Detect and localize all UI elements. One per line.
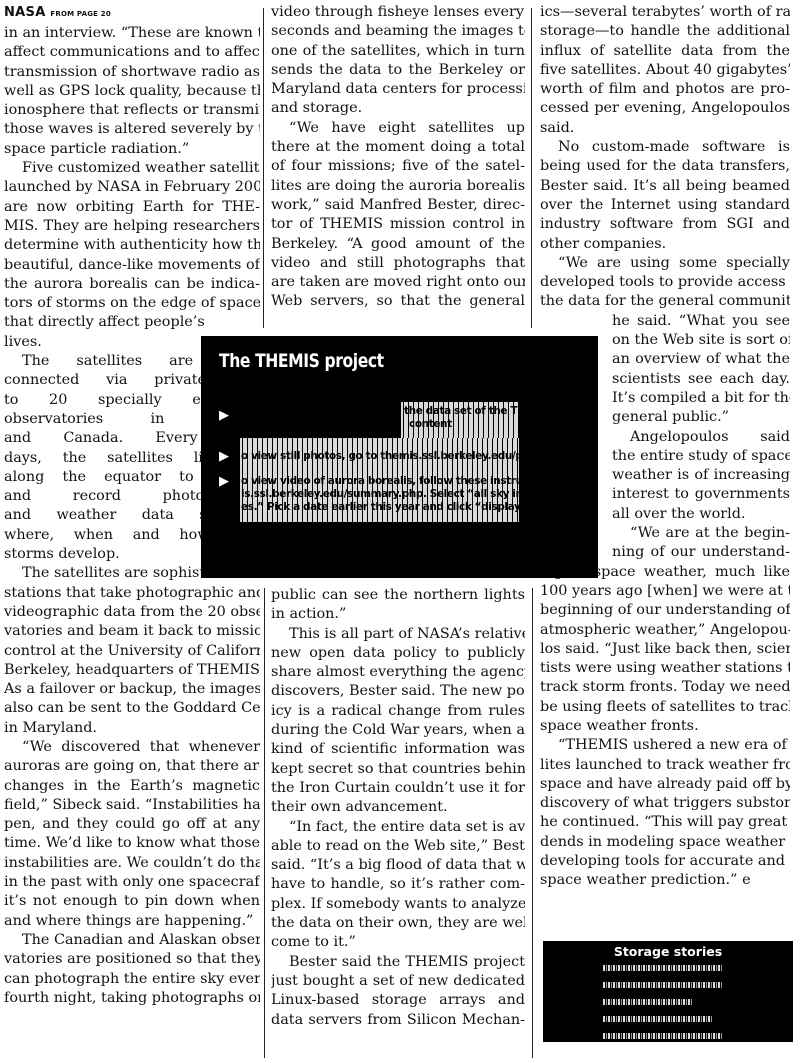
text-line: Bester said. It’s all being beamed (540, 177, 790, 196)
text-line: Web servers, so that the general (271, 292, 525, 311)
text-line: can photograph the entire sky every (4, 970, 260, 989)
storage-title: Storage stories (543, 944, 793, 959)
text-line: dends in modeling space weather and in (540, 833, 790, 852)
column-rule-1 (263, 8, 264, 328)
text-line: be using fleets of satellites to track (540, 698, 790, 717)
text-line: share almost everything the agency (271, 663, 525, 682)
text-line: fourth night, taking photographs or (4, 989, 260, 1008)
text-line: developing tools for accurate and timely (540, 852, 790, 871)
text-line: tists were using weather stations to (540, 659, 790, 678)
text-line: It’s compiled a bit for the (612, 389, 790, 408)
column-3-text-top: ics—several terabytes’ worth of rawstora… (540, 3, 790, 312)
text-line: industry software from SGI and (540, 215, 790, 234)
text-line: in action.” (271, 605, 525, 624)
text-line: all over the world. (612, 505, 790, 524)
text-line: space weather prediction.” е (540, 871, 790, 890)
sidebar-title: The THEMIS project (219, 350, 384, 372)
text-line: discovery of what triggers substorms,” (540, 794, 790, 813)
column-rule-2 (531, 8, 532, 328)
text-line: he continued. “This will pay great divi- (540, 813, 790, 832)
text-line: space weather fronts. (540, 717, 790, 736)
text-line: new open data policy to publicly (271, 644, 525, 663)
text-line: five satellites. About 40 gigabytes’ (540, 61, 790, 80)
text-line: 100 years ago [when] we were at the (540, 582, 790, 601)
halftone-row (603, 1033, 723, 1039)
text-line: well as GPS lock quality, because the (4, 82, 260, 101)
text-line: field,” Sibeck said. “Instabilities hap- (4, 796, 260, 815)
text-line: lites launched to track weather fronts i… (540, 756, 790, 775)
text-line: “We discovered that whenever (4, 738, 260, 757)
text-line: worth of film and photos are pro- (540, 80, 790, 99)
sidebar-item-1: the data set of the TH content (404, 405, 519, 431)
text-line: interest to governments (612, 485, 790, 504)
text-line: the entire study of space (612, 447, 790, 466)
text-line: scientists see each day. (612, 370, 790, 389)
column-2-text-top: video through fisheye lenses every 3seco… (271, 3, 525, 312)
text-line: This is all part of NASA’s relatively (271, 625, 525, 644)
text-line: he said. “What you see (612, 312, 790, 331)
sidebar-item-3: o view video of aurora borealis, follow … (241, 475, 519, 514)
text-line: said. “It’s a big flood of data that we (271, 856, 525, 875)
text-line: come to it.” (271, 933, 525, 952)
text-line: tors of storms on the edge of space (4, 294, 260, 313)
text-line: space and have already paid off by their (540, 775, 790, 794)
text-line: storage—to handle the additional (540, 22, 790, 41)
sidebar-item-1-line-1: the data set of the TH (404, 405, 519, 418)
text-line: general public.” (612, 408, 790, 427)
text-line: No custom-made software is (540, 138, 790, 157)
article-slug: NASA FROM PAGE 20 (4, 3, 260, 24)
text-line: MIS. They are helping researchers (4, 217, 260, 236)
text-line: “We are using some specially (540, 254, 790, 273)
text-line: ionosphere that reflects or transmits (4, 101, 260, 120)
text-line: there at the moment doing a total (271, 138, 525, 157)
sidebar-item-2: o view still photos, go to themis.ssl.be… (241, 450, 519, 463)
text-line: Maryland data centers for processing (271, 80, 525, 99)
text-line: los said. “Just like back then, scien- (540, 640, 790, 659)
text-line: able to read on the Web site,” Bester (271, 837, 525, 856)
halftone-row (603, 982, 723, 988)
text-line: in the past with only one spacecraft; (4, 873, 260, 892)
text-line: plex. If somebody wants to analyze (271, 895, 525, 914)
text-line: “We are at the begin- (612, 524, 790, 543)
text-line: sends the data to the Berkeley or (271, 61, 525, 80)
text-line: the Iron Curtain couldn’t use it for (271, 779, 525, 798)
text-line: As a failover or backup, the images (4, 680, 260, 699)
text-line: cessed per evening, Angelopoulos (540, 99, 790, 118)
text-line: the data for the general community,” (540, 292, 790, 311)
text-line: video and still photographs that (271, 254, 525, 273)
text-line: ning of our understand- (612, 543, 790, 562)
text-line: the aurora borealis can be indica- (4, 275, 260, 294)
storage-halftone-rows (563, 965, 783, 1050)
text-line: track storm fronts. Today we need to (540, 678, 790, 697)
sidebar-item-3-line-3: es.” Pick a date earlier this year and c… (241, 501, 519, 514)
sidebar-item-2-line-1: o view still photos, go to themis.ssl.be… (241, 450, 519, 463)
text-line: vatories and beam it back to mission (4, 622, 260, 641)
text-line: atmospheric weather,” Angelopou- (540, 621, 790, 640)
text-line: and where things are happening.” (4, 912, 260, 931)
column-3-text-bottom: ing of space weather, much like100 years… (540, 563, 790, 891)
text-line: time. We’d like to know what those (4, 834, 260, 853)
text-line: beautiful, dance-like movements of (4, 256, 260, 275)
text-line: seconds and beaming the images to (271, 22, 525, 41)
text-line: “In fact, the entire data set is avail- (271, 818, 525, 837)
halftone-row (603, 1016, 713, 1022)
bullet-arrow-icon: ▶ (219, 474, 229, 489)
text-line: stations that take photographic and (4, 584, 260, 603)
text-line: instabilities are. We couldn’t do that (4, 854, 260, 873)
text-line: public can see the northern lights (271, 586, 525, 605)
text-line: control at the University of California, (4, 642, 260, 661)
sidebar-item-3-line-1: o view video of aurora borealis, follow … (241, 475, 519, 488)
text-line: other companies. (540, 235, 790, 254)
text-line: work,” said Manfred Bester, direc- (271, 196, 525, 215)
text-line: that directly affect people’s (4, 313, 260, 332)
text-line: those waves is altered severely by the (4, 120, 260, 139)
slug-name: NASA (4, 5, 46, 20)
text-line: launched by NASA in February 2007 (4, 178, 260, 197)
text-line: of four missions; five of the satel- (271, 157, 525, 176)
text-line: are now orbiting Earth for THE- (4, 198, 260, 217)
text-line: Five customized weather satellites (4, 159, 260, 178)
text-line: Angelopoulos said (612, 428, 790, 447)
text-line: influx of satellite data from the (540, 42, 790, 61)
text-line: The Canadian and Alaskan obser- (4, 931, 260, 950)
text-line: developed tools to provide access to (540, 273, 790, 292)
text-line: transmission of shortwave radio as (4, 63, 260, 82)
text-line: video through fisheye lenses every 3 (271, 3, 525, 22)
text-line: have to handle, so it’s rather com- (271, 875, 525, 894)
text-line: space particle radiation.” (4, 140, 260, 159)
slug-continued: FROM PAGE 20 (50, 10, 111, 18)
text-line: being used for the data transfers, (540, 157, 790, 176)
text-line: tor of THEMIS mission control in (271, 215, 525, 234)
text-line: Berkeley. “A good amount of the (271, 235, 525, 254)
text-line: kept secret so that countries behind (271, 760, 525, 779)
text-line: are taken are moved right onto our (271, 273, 525, 292)
sidebar-item-1-line-2: content (404, 418, 519, 431)
text-line: the data on their own, they are wel- (271, 914, 525, 933)
text-line: Berkeley, headquarters of THEMIS. (4, 661, 260, 680)
text-line: one of the satellites, which in turn (271, 42, 525, 61)
text-line: and storage. (271, 99, 525, 118)
text-line: on the Web site is sort of (612, 331, 790, 350)
bullet-arrow-icon: ▶ (219, 449, 229, 464)
text-line: Linux-based storage arrays and (271, 991, 525, 1010)
text-line: kind of scientific information was (271, 740, 525, 759)
text-line: affect communications and to affect (4, 43, 260, 62)
column-3-text-narrow: he said. “What you seeon the Web site is… (612, 312, 790, 563)
text-line: said. (540, 119, 790, 138)
text-line: “THEMIS ushered a new era of satel- (540, 736, 790, 755)
text-line: their own advancement. (271, 798, 525, 817)
text-line: auroras are going on, that there are (4, 757, 260, 776)
storage-stories-sidebar: Storage stories (543, 941, 793, 1042)
text-line: vatories are positioned so that they (4, 950, 260, 969)
text-line: in Maryland. (4, 719, 260, 738)
text-line: ics—several terabytes’ worth of raw (540, 3, 790, 22)
text-line: in an interview. “These are known to (4, 24, 260, 43)
article-column-2: video through fisheye lenses every 3seco… (271, 0, 525, 312)
text-line: during the Cold War years, when any (271, 721, 525, 740)
text-line: just bought a set of new dedicated (271, 972, 525, 991)
text-line: an overview of what the (612, 350, 790, 369)
column-rule-2b (532, 588, 533, 1058)
text-line: beginning of our understanding of (540, 601, 790, 620)
text-line: lites are doing the auroria borealis (271, 177, 525, 196)
text-line: pen, and they could go off at any (4, 815, 260, 834)
text-line: Bester said the THEMIS project (271, 953, 525, 972)
bullet-arrow-icon: ▶ (219, 408, 229, 423)
text-line: discovers, Bester said. The new pol- (271, 682, 525, 701)
text-line: over the Internet using standard (540, 196, 790, 215)
column-2-text-bottom: public can see the northern lightsin act… (271, 586, 525, 1030)
column-rule-1b (264, 588, 265, 1058)
text-line: data servers from Silicon Mechan- (271, 1011, 525, 1030)
text-line: changes in the Earth’s magnetic (4, 777, 260, 796)
halftone-row (603, 965, 723, 971)
sidebar-item-3-line-2: is.ssl.berkeley.edu/summary.php. Select … (241, 488, 519, 501)
text-line: icy is a radical change from rules (271, 702, 525, 721)
text-line: also can be sent to the Goddard Center (4, 699, 260, 718)
halftone-row (603, 999, 693, 1005)
themis-project-sidebar: The THEMIS project ▶ the data set of the… (201, 336, 598, 578)
text-line: determine with authenticity how the (4, 236, 260, 255)
text-line: weather is of increasing (612, 466, 790, 485)
text-line: “We have eight satellites up (271, 119, 525, 138)
text-line: it’s not enough to pin down when (4, 892, 260, 911)
text-line: videographic data from the 20 obser- (4, 603, 260, 622)
